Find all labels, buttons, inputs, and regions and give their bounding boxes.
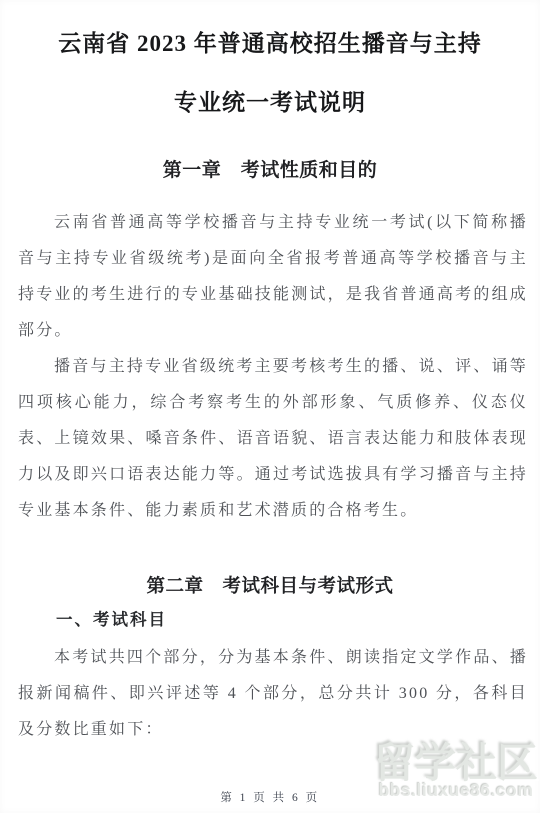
document-title-line1: 云南省 2023 年普通高校招生播音与主持 — [0, 14, 540, 73]
watermark-logo-text: 留学社区 — [374, 743, 538, 784]
page-number-footer: 第 1 页 共 6 页 — [0, 789, 540, 805]
chapter2-paragraph-1: 本考试共四个部分，分为基本条件、朗读指定文学作品、播报新闻稿件、即兴评述等 4 … — [18, 640, 528, 748]
chapter2-heading: 第二章 考试科目与考试形式 — [0, 571, 540, 601]
chapter1-paragraph-2: 播音与主持专业省级统考主要考核考生的播、说、评、诵等四项核心能力，综合考察考生的… — [18, 349, 528, 529]
document-title-line2: 专业统一考试说明 — [0, 73, 540, 132]
chapter1-paragraph-1: 云南省普通高等学校播音与主持专业统一考试(以下简称播音与主持专业省级统考)是面向… — [18, 205, 528, 349]
document-page: 云南省 2023 年普通高校招生播音与主持 专业统一考试说明 第一章 考试性质和… — [0, 0, 540, 813]
section1-heading: 一、考试科目 — [18, 607, 528, 633]
chapter1-heading: 第一章 考试性质和目的 — [0, 156, 540, 186]
document-title: 云南省 2023 年普通高校招生播音与主持 专业统一考试说明 — [0, 14, 540, 132]
